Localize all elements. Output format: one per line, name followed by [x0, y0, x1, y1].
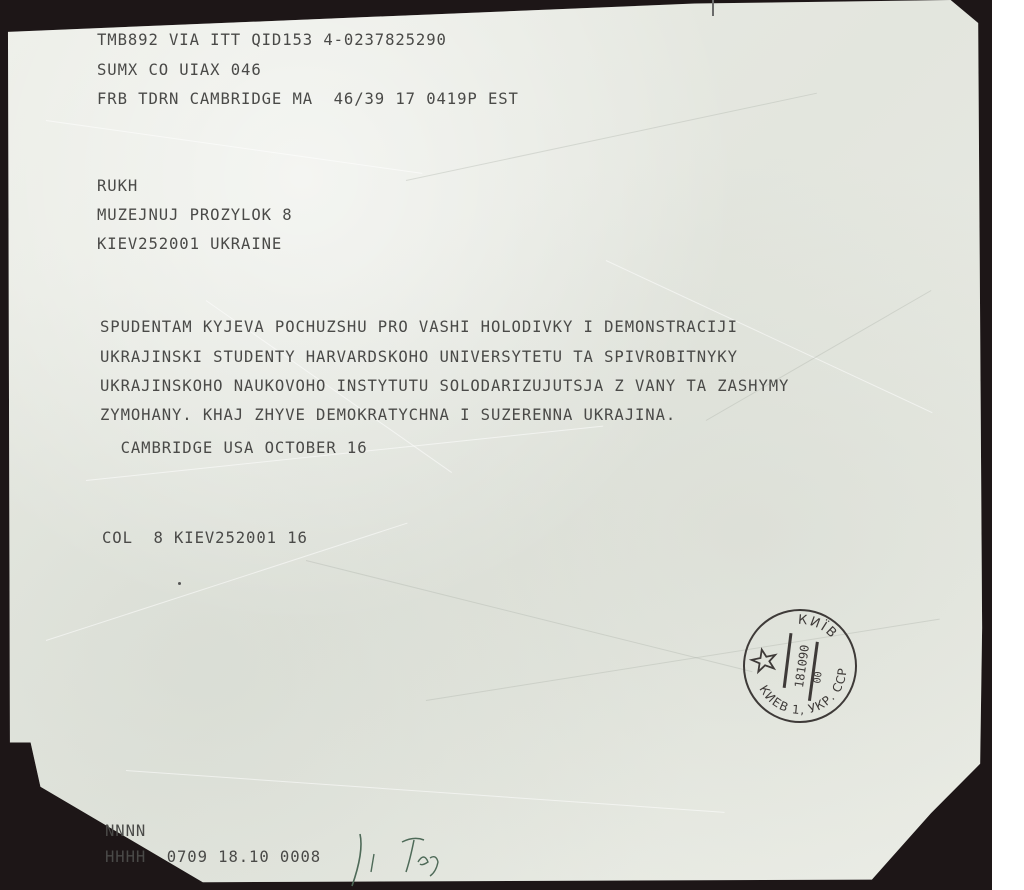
- body-line: SPUDENTAM KYJEVA POCHUZSHU PRO VASHI HOL…: [100, 320, 738, 336]
- svg-text:00: 00: [812, 671, 825, 684]
- address-street: MUZEJNUJ PROZYLOK 8: [97, 208, 292, 224]
- header-line-origin: FRB TDRN CAMBRIDGE MA 46/39 17 0419P EST: [97, 92, 519, 108]
- header-line-routing: TMB892 VIA ITT QID153 4-0237825290: [97, 33, 447, 49]
- ink-speck: [178, 582, 181, 585]
- footer-end-marker: NNNN: [105, 824, 146, 840]
- postmark-stamp: КИЇВ КИЕВ 1, УКР. ССР 181090 00: [729, 595, 871, 737]
- signature-line: CAMBRIDGE USA OCTOBER 16: [100, 441, 368, 457]
- handwritten-annotation: [340, 832, 480, 888]
- header-line-code: SUMX CO UIAX 046: [97, 63, 262, 79]
- body-line: UKRAJINSKOHO NAUKOVOHO INSTYTUTU SOLODAR…: [100, 379, 789, 395]
- svg-text:181090: 181090: [792, 644, 812, 689]
- pen-mark: [712, 0, 714, 16]
- address-recipient: RUKH: [97, 179, 138, 195]
- svg-text:КИЇВ: КИЇВ: [794, 605, 842, 648]
- footer-delivery-line: HHHH 0709 18.10 0008: [105, 850, 321, 866]
- body-line: ZYMOHANY. KHAJ ZHYVE DEMOKRATYCHNA I SUZ…: [100, 408, 676, 424]
- collation-line: COL 8 KIEV252001 16: [102, 531, 308, 547]
- star-icon: [750, 647, 778, 673]
- body-line: UKRAJINSKI STUDENTY HARVARDSKOHO UNIVERS…: [100, 350, 738, 366]
- address-city: KIEV252001 UKRAINE: [97, 237, 282, 253]
